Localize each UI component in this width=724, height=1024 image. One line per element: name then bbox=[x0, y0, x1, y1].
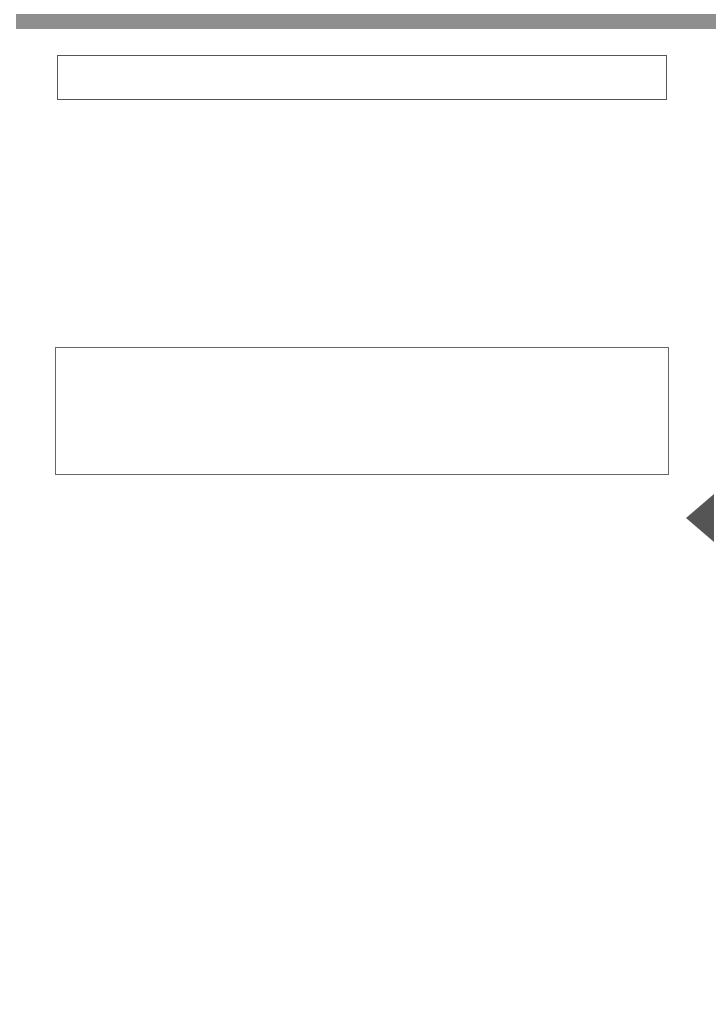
contributors-list bbox=[650, 356, 660, 468]
page-number-tab bbox=[686, 494, 714, 542]
contributors-box bbox=[55, 347, 669, 475]
title-box bbox=[57, 55, 667, 100]
intro-text bbox=[0, 150, 724, 176]
header-rule bbox=[16, 14, 716, 29]
